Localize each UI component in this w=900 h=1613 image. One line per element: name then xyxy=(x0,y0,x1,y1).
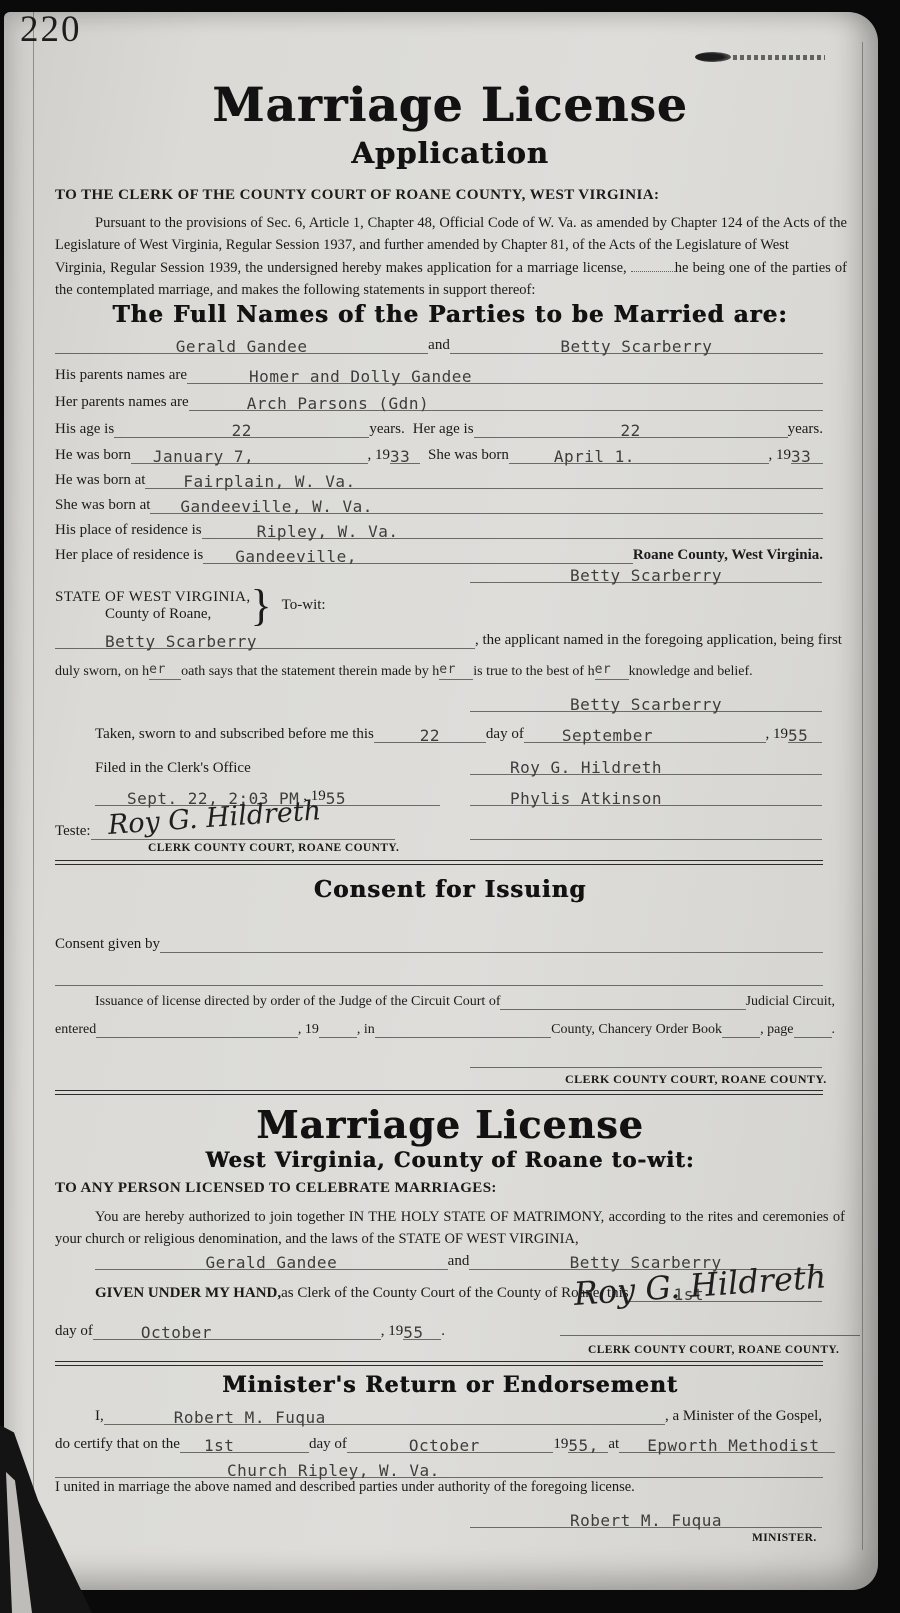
he-born-at-value: Fairplain, W. Va. xyxy=(183,474,355,490)
sworn-statement-row: duly sworn, on h er oath says that the s… xyxy=(55,660,837,680)
years-label-1: years. xyxy=(369,421,404,438)
united-statement: I united in marriage the above named and… xyxy=(55,1477,845,1499)
she-born-label: She was born xyxy=(428,447,509,464)
teste-blank-row xyxy=(470,820,822,840)
section-divider-3 xyxy=(55,1361,823,1366)
and-label: and xyxy=(428,337,450,354)
years-label-2: years. xyxy=(788,421,823,438)
pursuant-paragraph-2: Virginia, Regular Session 1939, the unde… xyxy=(55,258,847,302)
order-book-field xyxy=(722,1018,760,1038)
he-she-blank xyxy=(631,259,675,272)
issuance-row: Issuance of license directed by order of… xyxy=(55,990,835,1010)
certify-day: 1st xyxy=(204,1438,234,1454)
to-wit-label: To-wit: xyxy=(282,597,326,614)
certify-label: do certify that on the xyxy=(55,1436,180,1453)
section-divider-2 xyxy=(55,1090,823,1095)
teste-label: Teste: xyxy=(55,823,91,840)
he-born-19-label: , 19 xyxy=(368,447,391,464)
taken-label: Taken, sworn to and subscribed before me… xyxy=(95,726,374,743)
he-born-year: 33 xyxy=(390,449,410,465)
she-born-at-field: Gandeeville, W. Va. xyxy=(150,494,823,514)
he-born-label: He was born xyxy=(55,447,131,464)
he-born-year-field: 33 xyxy=(390,444,420,464)
gospel-suffix: , a Minister of the Gospel, xyxy=(665,1408,822,1425)
certify-row: do certify that on the 1st day of Octobe… xyxy=(55,1433,835,1453)
his-parents-row: His parents names are Homer and Dolly Ga… xyxy=(55,364,823,384)
he-born-date-field: January 7, xyxy=(131,444,368,464)
affidavit-signature-top-field: Betty Scarberry xyxy=(470,563,822,583)
bride-name-field: Betty Scarberry xyxy=(450,334,823,354)
entered-19-label: , 19 xyxy=(298,1022,319,1038)
his-parents-value: Homer and Dolly Gandee xyxy=(249,369,472,385)
entered-in-label: , in xyxy=(357,1022,375,1038)
her-age-field: 22 xyxy=(474,418,788,438)
consent-given-label: Consent given by xyxy=(55,936,160,953)
clerk-title-license: CLERK COUNTY COURT, ROANE COUNTY. xyxy=(588,1344,839,1356)
issuance-circuit-field xyxy=(500,990,745,1010)
her-age-value: 22 xyxy=(620,423,640,439)
applicant-row: Betty Scarberry , the applicant named in… xyxy=(55,629,825,649)
groom-name: Gerald Gandee xyxy=(176,339,308,355)
pursuant-text-1: Pursuant to the provisions of Sec. 6, Ar… xyxy=(55,215,847,253)
certify-day-field: 1st xyxy=(180,1433,309,1453)
application-subtitle: Application xyxy=(0,136,900,170)
affidavit-signature-top-row: Betty Scarberry xyxy=(470,563,822,583)
given-bold-label: GIVEN UNDER MY HAND, xyxy=(95,1285,281,1302)
deputy-row: Phylis Atkinson xyxy=(470,786,822,806)
she-born-date: April 1. xyxy=(554,449,635,465)
venue-brace: } xyxy=(251,586,272,626)
license-month-field: October xyxy=(93,1320,381,1340)
his-residence-label: His place of residence is xyxy=(55,522,202,539)
applicant-suffix: , the applicant named in the foregoing a… xyxy=(475,632,842,649)
minister-name: Robert M. Fuqua xyxy=(174,1410,326,1426)
her-parents-value: Arch Parsons (Gdn) xyxy=(247,396,429,412)
her-age-label: Her age is xyxy=(413,421,474,438)
her-typed-2: er xyxy=(439,663,456,676)
he-born-at-field: Fairplain, W. Va. xyxy=(145,469,823,489)
clerk-name: Roy G. Hildreth xyxy=(510,760,662,776)
church-name-field: Epworth Methodist xyxy=(619,1433,835,1453)
section-divider-1 xyxy=(55,860,823,865)
teste-signature-field: Roy G. Hildreth xyxy=(91,812,395,840)
entered-label: entered xyxy=(55,1022,96,1038)
certify-19-label: 19 xyxy=(553,1436,568,1453)
minister-title: MINISTER. xyxy=(752,1532,817,1544)
scanned-document: 220 Marriage License Application TO THE … xyxy=(0,0,900,1613)
license-dayof-label: day of xyxy=(55,1323,93,1340)
she-born-at-label: She was born at xyxy=(55,497,150,514)
minister-name-field: Robert M. Fuqua xyxy=(104,1405,665,1425)
issuance-label: Issuance of license directed by order of… xyxy=(95,994,500,1010)
sworn-text-3: is true to the best of h xyxy=(473,664,594,680)
authorization-text: You are hereby authorized to join togeth… xyxy=(55,1209,845,1247)
his-age-field: 22 xyxy=(114,418,369,438)
her-parents-field: Arch Parsons (Gdn) xyxy=(189,391,823,411)
taken-year: 55 xyxy=(788,728,808,744)
certify-month: October xyxy=(409,1438,480,1454)
certify-year: 55, xyxy=(568,1438,598,1454)
clerk-name-row: Roy G. Hildreth xyxy=(470,755,822,775)
license-month: October xyxy=(141,1325,212,1341)
her-parents-row: Her parents names are Arch Parsons (Gdn) xyxy=(55,391,823,411)
consent-heading: Consent for Issuing xyxy=(0,876,900,903)
his-age-value: 22 xyxy=(232,423,252,439)
license-period: . xyxy=(441,1323,445,1340)
judicial-suffix: Judicial Circuit, xyxy=(746,994,835,1010)
deputy-name: Phylis Atkinson xyxy=(510,791,662,807)
state-line: STATE OF WEST VIRGINIA, xyxy=(55,589,251,606)
printer-imprint-icon xyxy=(695,52,825,62)
ministers-return-heading: Minister's Return or Endorsement xyxy=(0,1372,900,1398)
consent-given-row: Consent given by xyxy=(55,933,823,953)
her-parents-label: Her parents names are xyxy=(55,394,189,411)
applicant-name-field: Betty Scarberry xyxy=(55,629,475,649)
taken-dayof-label: day of xyxy=(486,726,524,743)
license-groom-name: Gerald Gandee xyxy=(205,1255,337,1271)
teste-blank-field xyxy=(470,820,822,840)
deputy-field: Phylis Atkinson xyxy=(470,786,822,806)
birth-dates-row: He was born January 7, , 19 33 She was b… xyxy=(55,444,823,464)
her-residence-field: Gandeeville, xyxy=(203,544,633,564)
taken-month: September xyxy=(562,728,653,744)
consent-clerk-sig-field xyxy=(470,1048,822,1068)
taken-day-field: 22 xyxy=(374,723,486,743)
sworn-text-1: duly sworn, on h xyxy=(55,664,149,680)
to-any-person-heading: TO ANY PERSON LICENSED TO CELEBRATE MARR… xyxy=(55,1180,497,1197)
consent-clerk-sig-row xyxy=(470,1048,822,1068)
church-location-row: Church Ripley, W. Va. xyxy=(55,1458,823,1478)
full-names-heading: The Full Names of the Parties to be Marr… xyxy=(0,301,900,328)
certify-year-field: 55, xyxy=(568,1433,608,1453)
filed-year: 55 xyxy=(326,791,346,807)
consent-blank-field xyxy=(55,966,823,986)
ages-row: His age is 22 years. Her age is 22 years… xyxy=(55,418,823,438)
clerk-name-field: Roy G. Hildreth xyxy=(470,755,822,775)
license-subtitle: West Virginia, County of Roane to-wit: xyxy=(0,1147,900,1172)
he-born-at-row: He was born at Fairplain, W. Va. xyxy=(55,469,823,489)
clerk-title-affidavit: CLERK COUNTY COURT, ROANE COUNTY. xyxy=(148,842,399,854)
certify-dayof-label: day of xyxy=(309,1436,347,1453)
consent-given-field xyxy=(160,933,823,953)
his-residence-field: Ripley, W. Va. xyxy=(202,519,823,539)
entered-county-field xyxy=(375,1018,551,1038)
license-year: 55 xyxy=(403,1325,423,1341)
license-title: Marriage License xyxy=(0,1102,900,1147)
pursuant-text-2a: Virginia, Regular Session 1939, the unde… xyxy=(55,260,631,276)
she-born-year: 33 xyxy=(791,449,811,465)
chancery-label: County, Chancery Order Book xyxy=(551,1022,722,1038)
affidavit-signature-mid: Betty Scarberry xyxy=(570,697,722,713)
her-residence-value: Gandeeville, xyxy=(235,549,357,565)
license-clerk-sig-field xyxy=(560,1316,860,1336)
venue-block: STATE OF WEST VIRGINIA, County of Roane,… xyxy=(55,586,326,626)
teste-row: Teste: Roy G. Hildreth xyxy=(55,812,395,840)
entered-year-field xyxy=(319,1018,357,1038)
his-residence-value: Ripley, W. Va. xyxy=(257,524,399,540)
taken-sworn-row: Taken, sworn to and subscribed before me… xyxy=(95,723,822,743)
she-born-year-field: 33 xyxy=(791,444,823,464)
minister-signature-field: Robert M. Fuqua xyxy=(470,1508,822,1528)
taken-19-label: , 19 xyxy=(766,726,789,743)
church-name: Epworth Methodist xyxy=(647,1438,819,1454)
license-clerk-sig-row xyxy=(560,1316,860,1336)
affidavit-signature-top: Betty Scarberry xyxy=(570,568,722,584)
his-parents-label: His parents names are xyxy=(55,367,187,384)
pursuant-paragraph-1: Pursuant to the provisions of Sec. 6, Ar… xyxy=(55,213,847,257)
her-typed-1: er xyxy=(149,663,166,676)
her-residence-row: Her place of residence is Gandeeville, R… xyxy=(55,544,823,564)
he-born-date: January 7, xyxy=(153,449,254,465)
page-label: , page xyxy=(760,1022,793,1038)
she-born-at-value: Gandeeville, W. Va. xyxy=(180,499,373,515)
he-born-at-label: He was born at xyxy=(55,472,145,489)
she-born-date-field: April 1. xyxy=(509,444,769,464)
applicant-name: Betty Scarberry xyxy=(105,634,257,650)
her-typed-3: er xyxy=(595,663,612,676)
affidavit-signature-mid-row: Betty Scarberry xyxy=(470,692,822,712)
church-location-field: Church Ripley, W. Va. xyxy=(55,1458,823,1478)
license-groom-field: Gerald Gandee xyxy=(95,1250,448,1270)
groom-name-field: Gerald Gandee xyxy=(55,334,428,354)
license-year-field: 55 xyxy=(403,1320,441,1340)
license-and-label: and xyxy=(448,1253,470,1270)
application-title: Marriage License xyxy=(0,78,900,133)
minister-signature: Robert M. Fuqua xyxy=(570,1513,722,1529)
parties-names-row: Gerald Gandee and Betty Scarberry xyxy=(55,334,823,354)
bride-name: Betty Scarberry xyxy=(560,339,712,355)
clerk-addressee-heading: TO THE CLERK OF THE COUNTY COURT OF ROAN… xyxy=(55,187,659,204)
authorization-paragraph: You are hereby authorized to join togeth… xyxy=(55,1207,845,1251)
his-residence-row: His place of residence is Ripley, W. Va. xyxy=(55,519,823,539)
her-residence-label: Her place of residence is xyxy=(55,547,203,564)
entered-date-field xyxy=(96,1018,298,1038)
certify-month-field: October xyxy=(347,1433,553,1453)
license-19-label: , 19 xyxy=(381,1323,404,1340)
imprint-blob-icon xyxy=(695,52,731,62)
entered-period: . xyxy=(832,1022,836,1038)
minister-name-row: I, Robert M. Fuqua , a Minister of the G… xyxy=(95,1405,822,1425)
taken-month-field: September xyxy=(524,723,766,743)
his-parents-field: Homer and Dolly Gandee xyxy=(187,364,823,384)
page-number: 220 xyxy=(20,8,82,51)
his-age-label: His age is xyxy=(55,421,114,438)
page-field xyxy=(794,1018,832,1038)
taken-year-field: 55 xyxy=(788,723,822,743)
imprint-text-smudge xyxy=(733,55,825,60)
left-margin-rule xyxy=(33,12,34,1590)
i-label: I, xyxy=(95,1408,104,1425)
filed-label: Filed in the Clerk's Office xyxy=(95,760,251,777)
entered-row: entered , 19 , in County, Chancery Order… xyxy=(55,1018,835,1038)
she-born-at-row: She was born at Gandeeville, W. Va. xyxy=(55,494,823,514)
minister-signature-row: Robert M. Fuqua xyxy=(470,1508,822,1528)
sworn-text-2: oath says that the statement therein mad… xyxy=(181,664,439,680)
county-line: County of Roane, xyxy=(55,606,251,623)
consent-blank-row xyxy=(55,966,823,986)
clerk-title-consent: CLERK COUNTY COURT, ROANE COUNTY. xyxy=(565,1072,827,1087)
county-suffix-label: Roane County, West Virginia. xyxy=(633,547,823,564)
sworn-text-4: knowledge and belief. xyxy=(629,664,753,680)
at-label: at xyxy=(608,1436,619,1453)
taken-day: 22 xyxy=(420,728,440,744)
right-page-edge-rule xyxy=(862,42,863,1550)
license-dayof-row: day of October , 19 55 . xyxy=(55,1320,445,1340)
affidavit-signature-mid-field: Betty Scarberry xyxy=(470,692,822,712)
she-born-19-label: , 19 xyxy=(769,447,792,464)
